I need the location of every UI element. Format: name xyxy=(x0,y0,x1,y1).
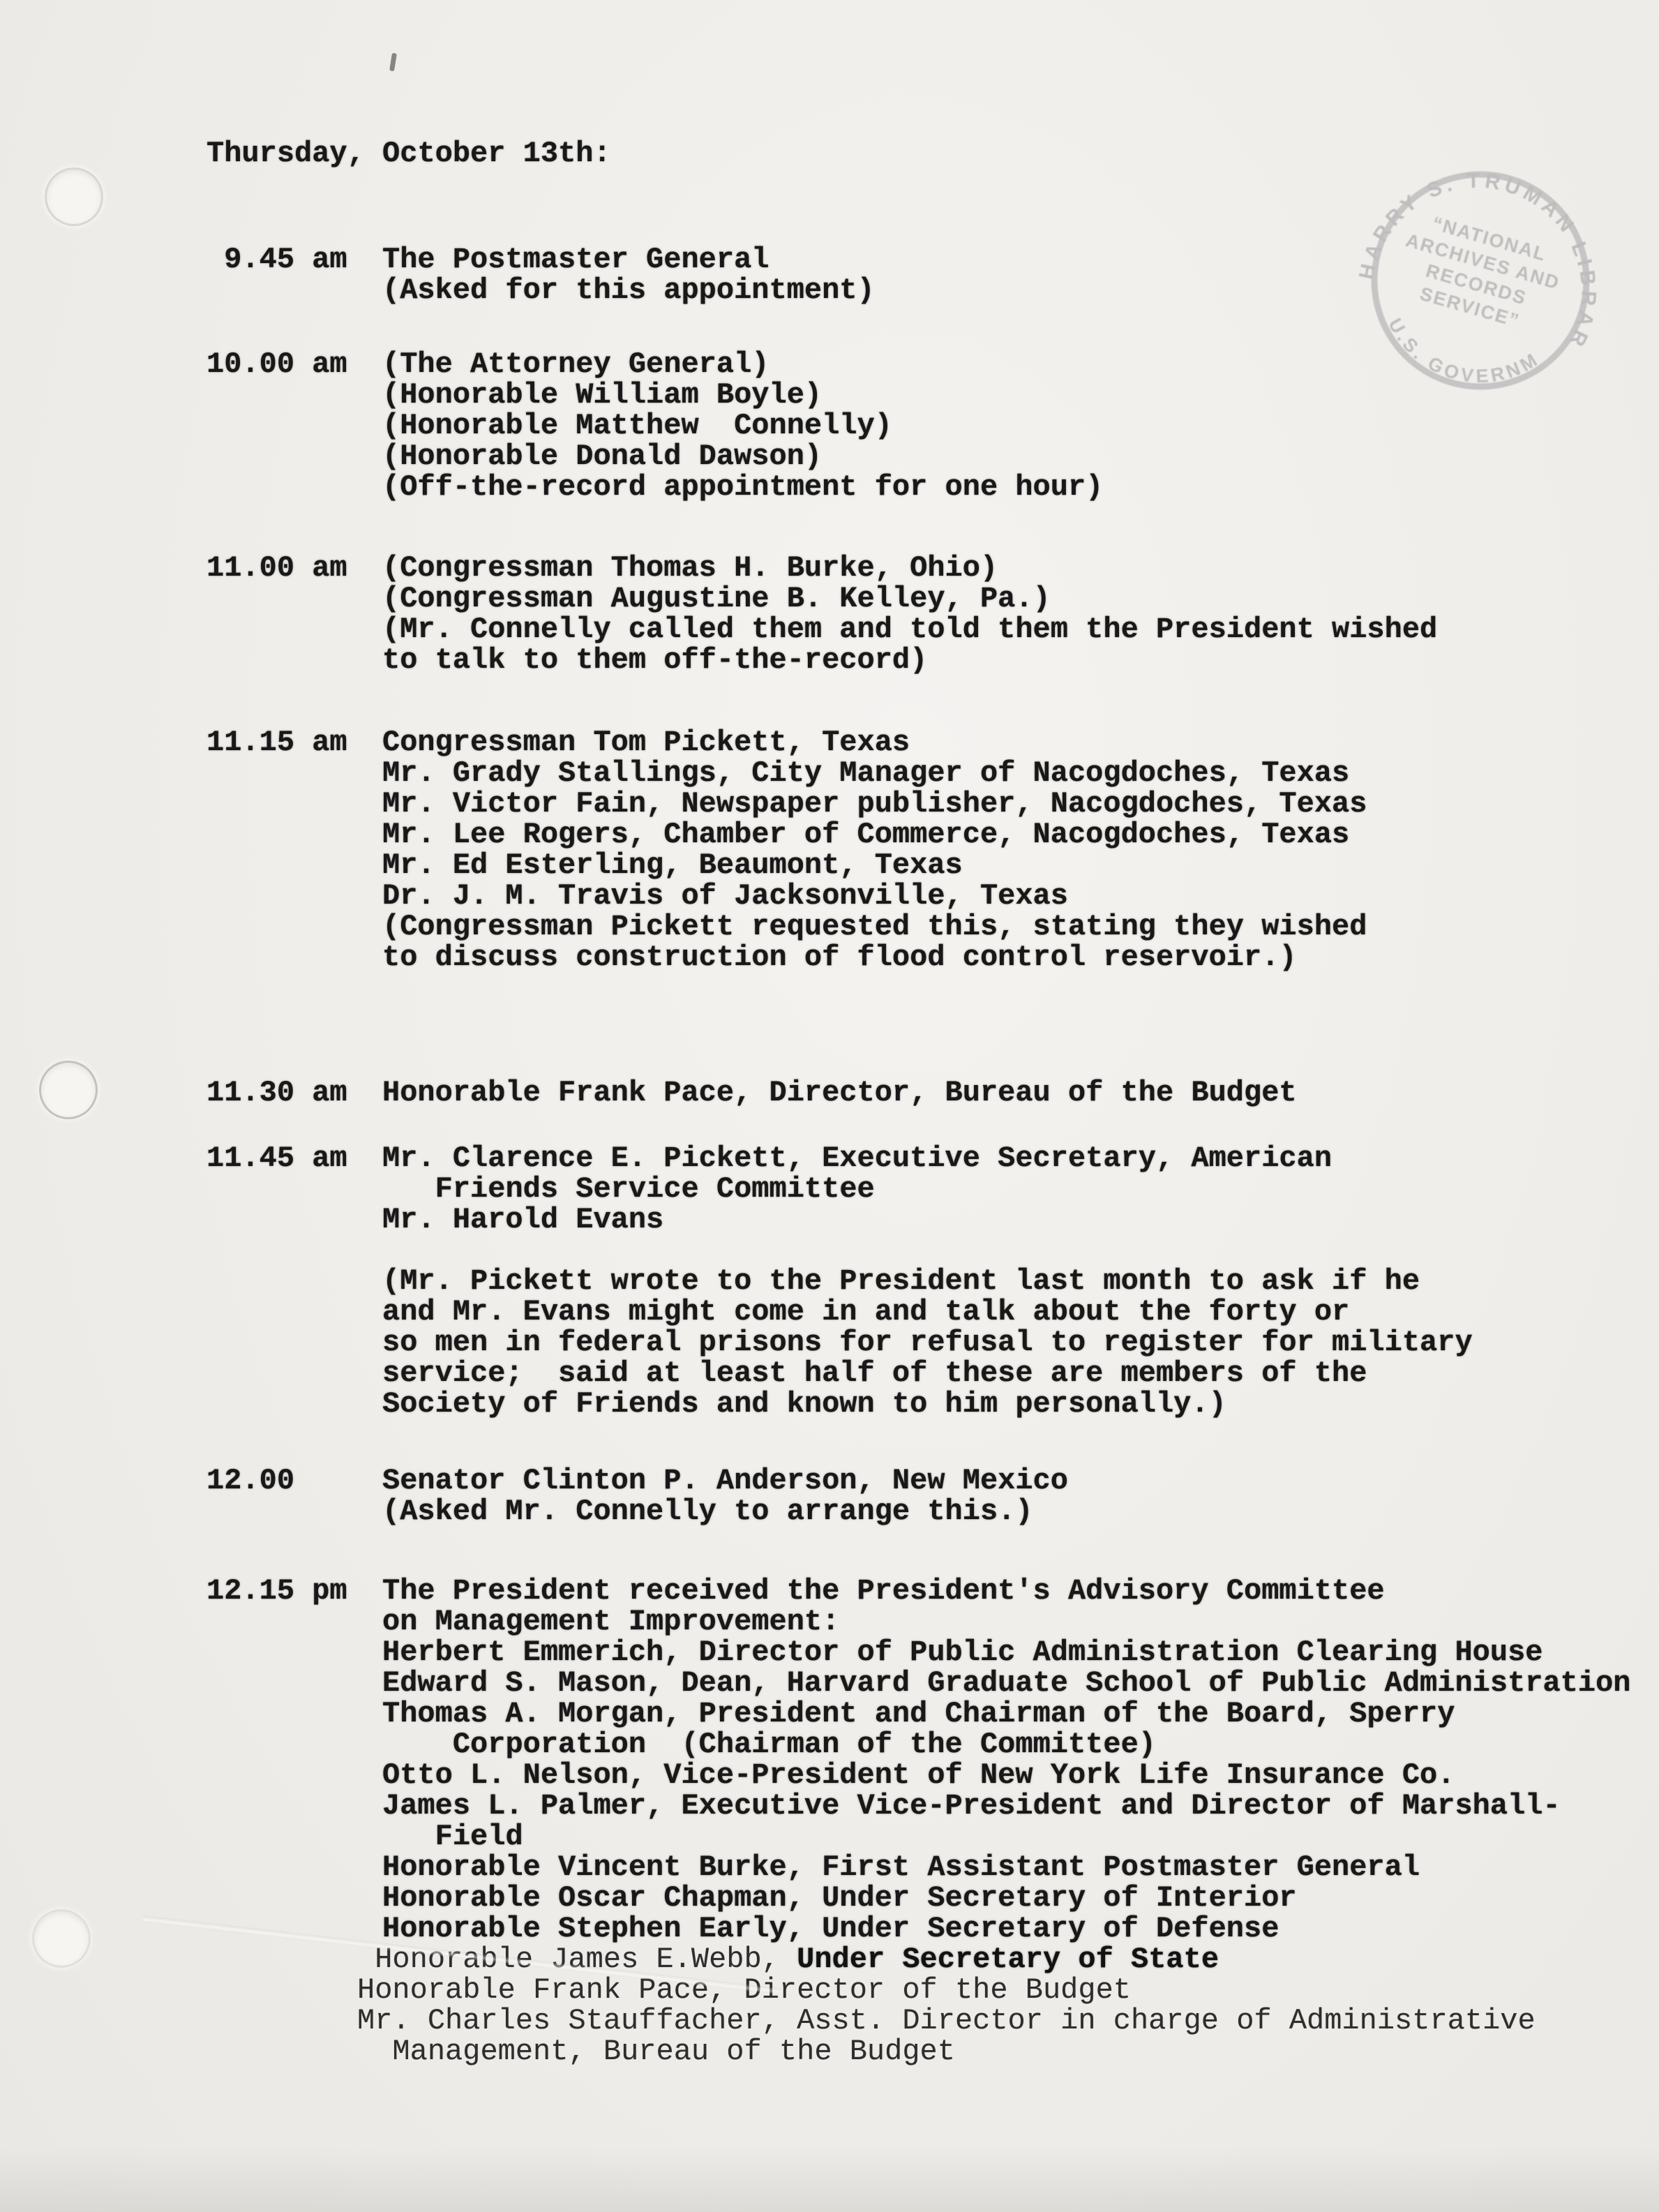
entry-line-text: The President received the President's A… xyxy=(382,1574,1385,1608)
entry-line: Honorable Stephen Early, Under Secretary… xyxy=(382,1913,1659,1944)
entry-line-text: Mr. Grady Stallings, City Manager of Nac… xyxy=(382,756,1349,790)
entry-line-text: (Honorable Matthew Connelly) xyxy=(382,409,892,442)
entry-line-text: Honorable James E.Webb, xyxy=(357,1943,797,1976)
entry-line: Mr. Ed Esterling, Beaumont, Texas xyxy=(382,850,1659,881)
entry-line-text: Thomas A. Morgan, President and Chairman… xyxy=(382,1697,1455,1731)
entry-line-text: Honorable Stephen Early, Under Secretary… xyxy=(382,1912,1279,1945)
entry-line-text: Mr. Victor Fain, Newspaper publisher, Na… xyxy=(382,787,1367,821)
schedule-entry: 11.45 amMr. Clarence E. Pickett, Executi… xyxy=(207,1143,1659,1419)
entry-line-text: Mr. Ed Esterling, Beaumont, Texas xyxy=(382,849,963,882)
entry-line: (Honorable Donald Dawson) xyxy=(382,441,1659,472)
entry-line: Society of Friends and known to him pers… xyxy=(382,1389,1659,1419)
entry-line: Honorable James E.Webb, Under Secretary … xyxy=(357,1944,1659,1975)
entry-line: (Asked Mr. Connelly to arrange this.) xyxy=(382,1496,1659,1527)
entry-time: 11.00 am xyxy=(207,553,382,583)
entry-line: to discuss construction of flood control… xyxy=(382,942,1659,973)
entry-line: Edward S. Mason, Dean, Harvard Graduate … xyxy=(382,1668,1659,1698)
entry-line: Friends Service Committee xyxy=(382,1174,1659,1204)
entry-line: to talk to them off-the-record) xyxy=(382,645,1659,675)
entry-line: on Management Improvement: xyxy=(382,1606,1659,1637)
entry-line: (Congressman Thomas H. Burke, Ohio) xyxy=(382,553,1659,583)
entry-line-text: to talk to them off-the-record) xyxy=(382,643,927,677)
entry-line-text: Otto L. Nelson, Vice-President of New Yo… xyxy=(382,1758,1455,1792)
entry-line: The President received the President's A… xyxy=(382,1576,1659,1606)
entry-line xyxy=(382,1235,1659,1266)
entry-line: Otto L. Nelson, Vice-President of New Yo… xyxy=(382,1760,1659,1791)
scanned-document-page: HARRY S. TRUMAN LIBRARY U.S. GOVERNMENT … xyxy=(0,0,1659,2212)
entry-time: 10.00 am xyxy=(207,349,382,380)
entry-line: Mr. Clarence E. Pickett, Executive Secre… xyxy=(382,1143,1659,1174)
entry-line-text: on Management Improvement: xyxy=(382,1605,839,1638)
schedule-entry: 9.45 amThe Postmaster General(Asked for … xyxy=(207,244,1659,306)
entry-line-text: James L. Palmer, Executive Vice-Presiden… xyxy=(382,1789,1561,1823)
entry-line-text: to discuss construction of flood control… xyxy=(382,941,1297,974)
schedule-entry: 10.00 am(The Attorney General)(Honorable… xyxy=(207,349,1659,502)
entry-line-text: The Postmaster General xyxy=(382,243,770,276)
entry-line-text: Corporation (Chairman of the Committee) xyxy=(382,1728,1156,1761)
entry-line-text: (Off-the-record appointment for one hour… xyxy=(382,470,1103,504)
schedule-entry: 11.30 amHonorable Frank Pace, Director, … xyxy=(207,1077,1659,1108)
entry-line-text: Dr. J. M. Travis of Jacksonville, Texas xyxy=(382,879,1068,913)
entry-line: Mr. Lee Rogers, Chamber of Commerce, Nac… xyxy=(382,819,1659,850)
schedule-entry: 11.15 amCongressman Tom Pickett, TexasMr… xyxy=(207,727,1659,973)
entry-line-text: Congressman Tom Pickett, Texas xyxy=(382,726,910,759)
entry-line: Corporation (Chairman of the Committee) xyxy=(382,1729,1659,1760)
entry-line-text: Friends Service Committee xyxy=(382,1172,875,1206)
entry-line-text: Field xyxy=(382,1820,523,1853)
entry-line: James L. Palmer, Executive Vice-Presiden… xyxy=(382,1791,1659,1821)
entry-line-text: (Congressman Augustine B. Kelley, Pa.) xyxy=(382,582,1051,615)
entry-line-text: Herbert Emmerich, Director of Public Adm… xyxy=(382,1636,1542,1669)
entry-line-text: Mr. Lee Rogers, Chamber of Commerce, Nac… xyxy=(382,818,1349,851)
entry-line-text: Society of Friends and known to him pers… xyxy=(382,1387,1226,1421)
entry-line-text: (Honorable Donald Dawson) xyxy=(382,440,822,473)
entry-line-text: (The Attorney General) xyxy=(382,348,770,381)
entry-time: 11.15 am xyxy=(207,727,382,758)
entry-line: Thomas A. Morgan, President and Chairman… xyxy=(382,1698,1659,1729)
entry-time: 11.30 am xyxy=(207,1077,382,1108)
entry-line-text: (Congressman Thomas H. Burke, Ohio) xyxy=(382,551,998,585)
entry-line-text: and Mr. Evans might come in and talk abo… xyxy=(382,1295,1349,1329)
schedule-entry: 11.00 am(Congressman Thomas H. Burke, Oh… xyxy=(207,553,1659,675)
entry-line: Honorable Vincent Burke, First Assistant… xyxy=(382,1852,1659,1883)
entry-line-text: (Asked Mr. Connelly to arrange this.) xyxy=(382,1495,1033,1528)
entry-line-text: Mr. Clarence E. Pickett, Executive Secre… xyxy=(382,1142,1332,1175)
entry-line: Honorable Frank Pace, Director of the Bu… xyxy=(357,1975,1659,2005)
entry-line-text: Mr. Charles Stauffacher, Asst. Director … xyxy=(357,2004,1536,2038)
entry-line: (Congressman Pickett requested this, sta… xyxy=(382,911,1659,942)
entry-line: Management, Bureau of the Budget xyxy=(357,2036,1659,2067)
schedule: 9.45 amThe Postmaster General(Asked for … xyxy=(207,244,1659,2067)
entry-line-emphasis: Under Secretary of State xyxy=(797,1943,1219,1976)
entry-line: Mr. Victor Fain, Newspaper publisher, Na… xyxy=(382,789,1659,819)
entry-line: (Congressman Augustine B. Kelley, Pa.) xyxy=(382,583,1659,614)
entry-line: Congressman Tom Pickett, Texas xyxy=(382,727,1659,758)
entry-time: 12.15 pm xyxy=(207,1576,382,1606)
entry-line-text: Senator Clinton P. Anderson, New Mexico xyxy=(382,1464,1068,1497)
entry-line: Dr. J. M. Travis of Jacksonville, Texas xyxy=(382,881,1659,911)
entry-line: so men in federal prisons for refusal to… xyxy=(382,1327,1659,1358)
entry-line: (Mr. Connelly called them and told them … xyxy=(382,614,1659,645)
entry-line: (Honorable William Boyle) xyxy=(382,380,1659,410)
entry-line: Mr. Harold Evans xyxy=(382,1204,1659,1235)
entry-line: Mr. Grady Stallings, City Manager of Nac… xyxy=(382,758,1659,789)
entry-line-text: (Asked for this appointment) xyxy=(382,274,875,307)
entry-line: Herbert Emmerich, Director of Public Adm… xyxy=(382,1637,1659,1668)
entry-line: (Honorable Matthew Connelly) xyxy=(382,410,1659,441)
page-title: Thursday, October 13th: xyxy=(207,138,1659,169)
entry-time: 9.45 am xyxy=(207,244,382,275)
entry-line-text: so men in federal prisons for refusal to… xyxy=(382,1326,1473,1359)
entry-line-text: Mr. Harold Evans xyxy=(382,1203,663,1236)
entry-line: (Mr. Pickett wrote to the President last… xyxy=(382,1266,1659,1296)
entry-line-text: Honorable Vincent Burke, First Assistant… xyxy=(382,1851,1420,1884)
entry-line-text: (Congressman Pickett requested this, sta… xyxy=(382,910,1367,943)
entry-line: and Mr. Evans might come in and talk abo… xyxy=(382,1296,1659,1327)
entry-line-text: Management, Bureau of the Budget xyxy=(357,2035,955,2068)
entry-line-text: (Mr. Pickett wrote to the President last… xyxy=(382,1264,1420,1298)
entry-line: (Asked for this appointment) xyxy=(382,275,1659,306)
schedule-entry: 12.00Senator Clinton P. Anderson, New Me… xyxy=(207,1465,1659,1527)
entry-time: 11.45 am xyxy=(207,1143,382,1174)
entry-line-text: Edward S. Mason, Dean, Harvard Graduate … xyxy=(382,1666,1631,1700)
entry-line: Field xyxy=(382,1821,1659,1852)
entry-line-text: Honorable Frank Pace, Director of the Bu… xyxy=(357,1973,1131,2007)
entry-line-text: Honorable Frank Pace, Director, Bureau o… xyxy=(382,1076,1297,1109)
entry-line-text: Honorable Oscar Chapman, Under Secretary… xyxy=(382,1881,1297,1915)
entry-line: Honorable Oscar Chapman, Under Secretary… xyxy=(382,1883,1659,1913)
entry-line: Mr. Charles Stauffacher, Asst. Director … xyxy=(357,2005,1659,2036)
entry-line: (The Attorney General) xyxy=(382,349,1659,380)
entry-line-text: (Honorable William Boyle) xyxy=(382,378,822,412)
entry-line: Honorable Frank Pace, Director, Bureau o… xyxy=(382,1077,1659,1108)
entry-line: The Postmaster General xyxy=(382,244,1659,275)
entry-line: Senator Clinton P. Anderson, New Mexico xyxy=(382,1465,1659,1496)
entry-line-text: (Mr. Connelly called them and told them … xyxy=(382,613,1437,646)
schedule-entry: 12.15 pmThe President received the Presi… xyxy=(207,1576,1659,2067)
typewritten-content: Thursday, October 13th: 9.45 amThe Postm… xyxy=(0,0,1659,2067)
entry-line: service; said at least half of these are… xyxy=(382,1358,1659,1389)
entry-time: 12.00 xyxy=(207,1465,382,1496)
entry-line-text: service; said at least half of these are… xyxy=(382,1357,1367,1390)
entry-line: (Off-the-record appointment for one hour… xyxy=(382,472,1659,502)
